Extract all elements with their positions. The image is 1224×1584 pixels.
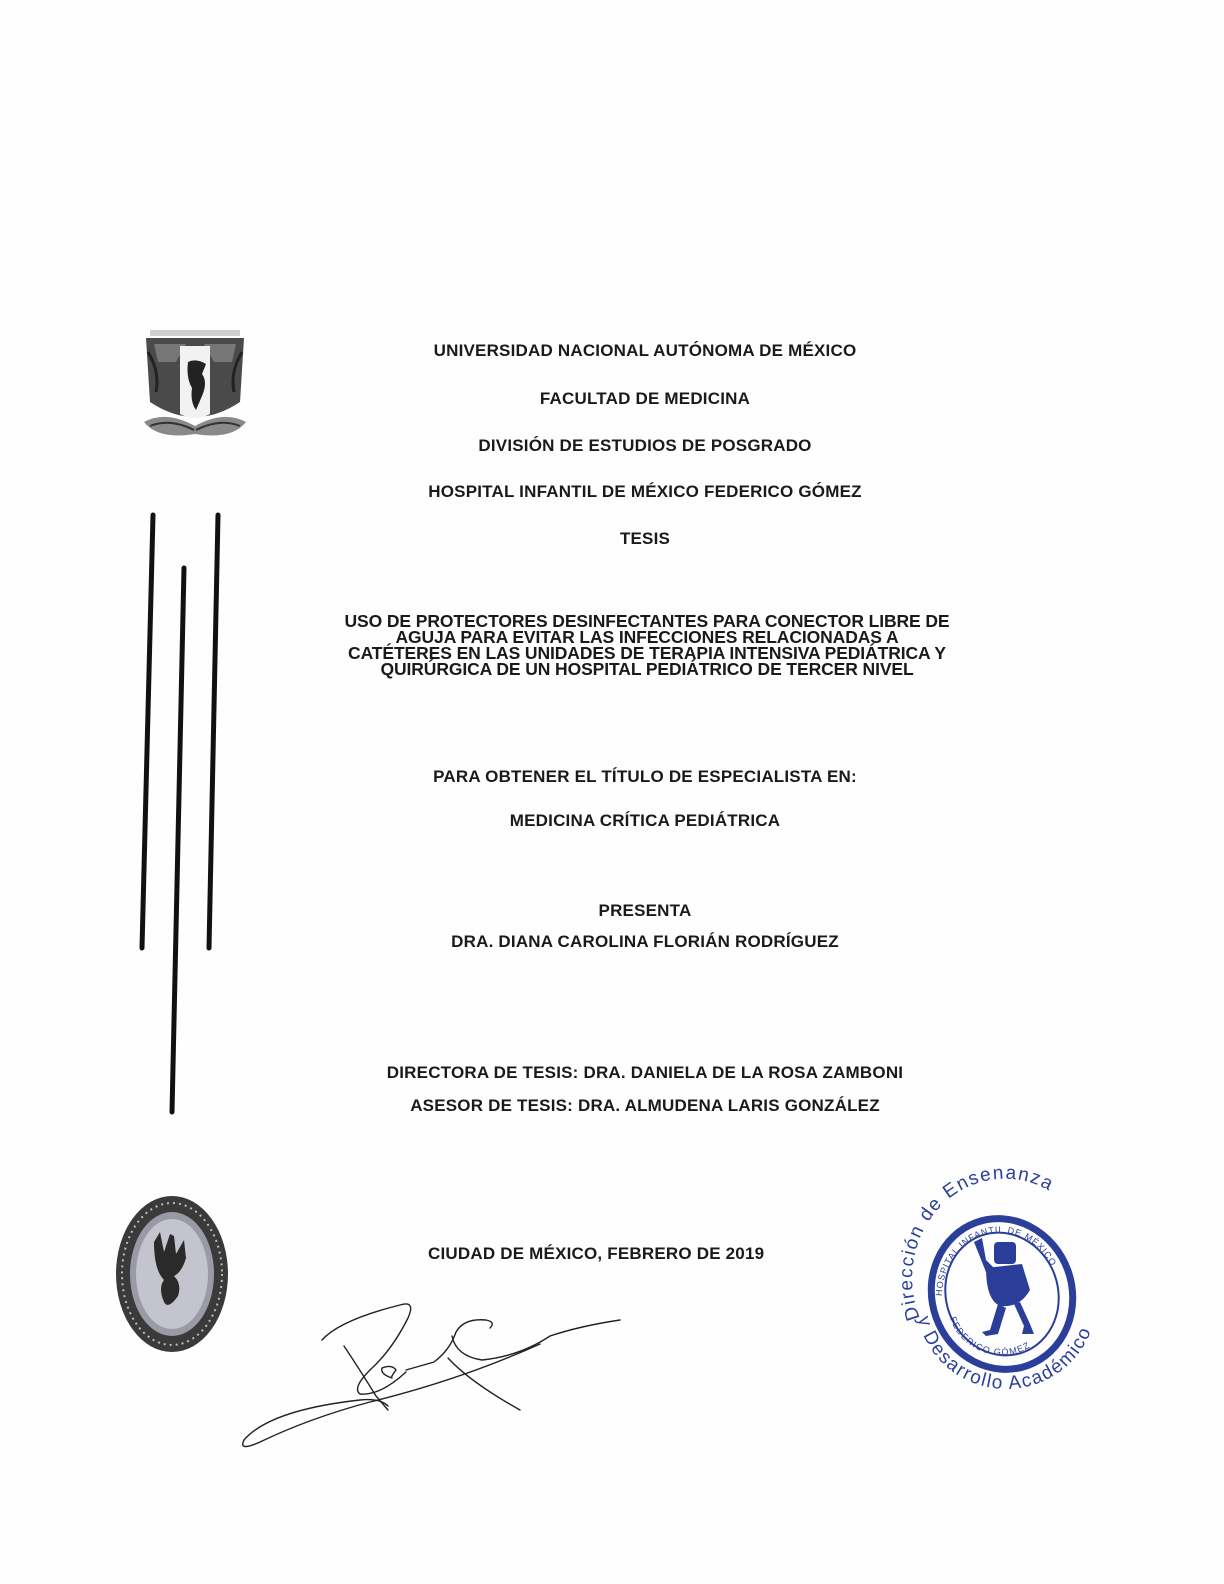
- institution-name: UNIVERSIDAD NACIONAL AUTÓNOMA DE MÉXICO: [0, 341, 1224, 361]
- faculty-name: FACULTAD DE MEDICINA: [0, 389, 1224, 409]
- hospital-seal-icon: [112, 1192, 232, 1356]
- decorative-vertical-lines: [130, 505, 230, 1125]
- direccion-ensenanza-stamp-icon: Dirección de Enseñanza y Desarrollo Acad…: [890, 1168, 1110, 1404]
- signature-icon: [220, 1270, 640, 1450]
- thesis-title-line: QUIRÚRGICA DE UN HOSPITAL PEDIÁTRICO DE …: [262, 661, 1032, 677]
- thesis-title: USO DE PROTECTORES DESINFECTANTES PARA C…: [262, 613, 1032, 677]
- hospital-name: HOSPITAL INFANTIL DE MÉXICO FEDERICO GÓM…: [0, 482, 1224, 502]
- thesis-cover-page: UNIVERSIDAD NACIONAL AUTÓNOMA DE MÉXICO …: [0, 0, 1224, 1584]
- place-and-date: CIUDAD DE MÉXICO, FEBRERO DE 2019: [428, 1244, 864, 1264]
- division-name: DIVISIÓN DE ESTUDIOS DE POSGRADO: [0, 436, 1224, 456]
